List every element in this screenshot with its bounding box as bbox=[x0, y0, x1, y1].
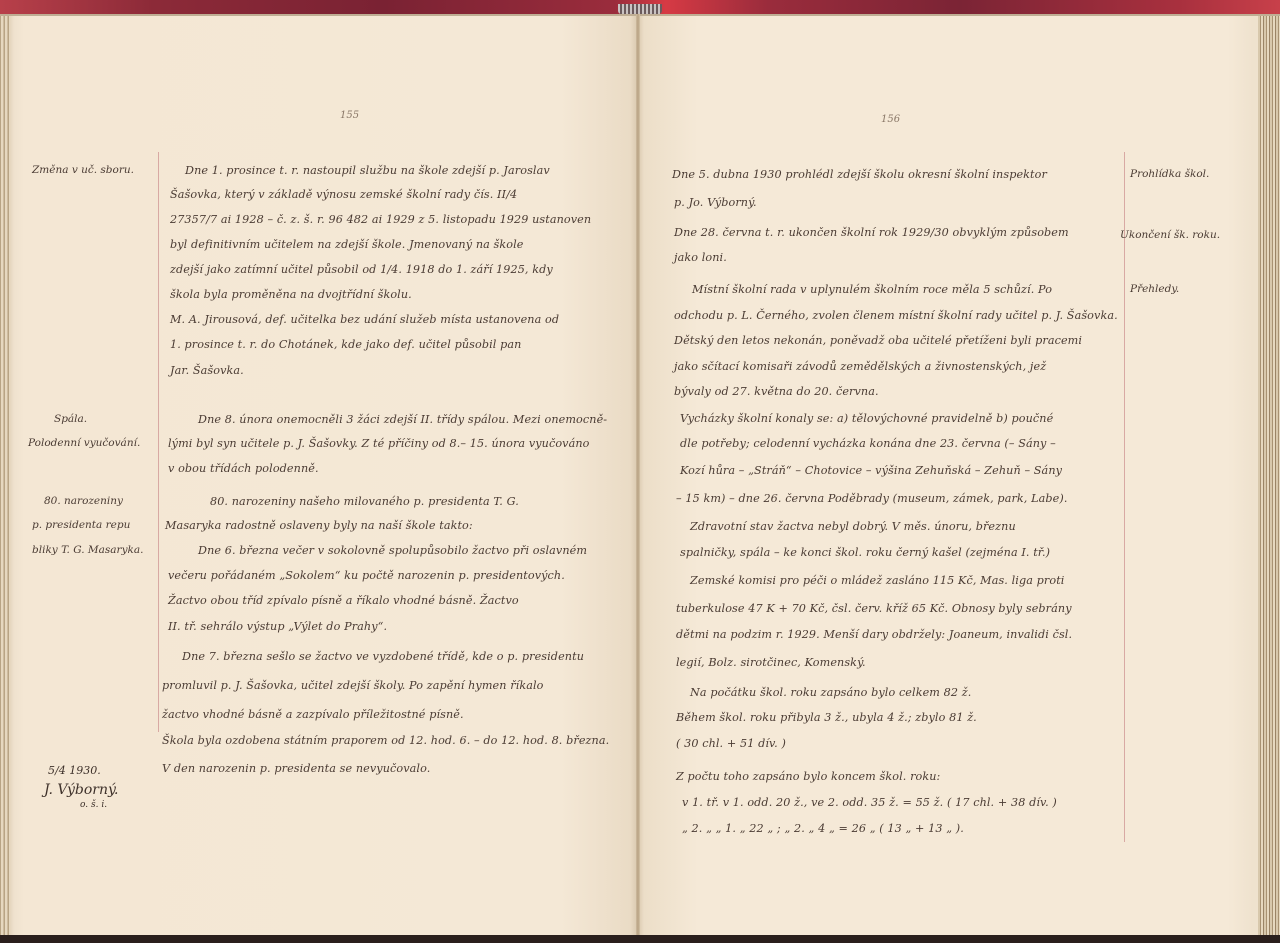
left-line: V den narozenin p. presidenta se nevyučo… bbox=[162, 762, 430, 775]
left-page-edges bbox=[0, 16, 10, 936]
right-line: Kozí hůra – „Stráň“ – Chotovice – výšina… bbox=[680, 464, 1062, 477]
left-line: Masaryka radostně oslaveny byly na naší … bbox=[165, 519, 473, 532]
right-line: Během škol. roku přibyla 3 ž., ubyla 4 ž… bbox=[676, 711, 977, 724]
book-gutter bbox=[636, 14, 640, 936]
right-line: spalničky, spála – ke konci škol. roku č… bbox=[680, 546, 1050, 559]
right-line: jako sčítací komisaři závodů zemědělskýc… bbox=[674, 360, 1046, 373]
left-line: lými byl syn učitele p. J. Šašovky. Z té… bbox=[168, 437, 590, 450]
right-line: tuberkulose 47 K + 70 Kč, čsl. červ. kří… bbox=[676, 602, 1072, 615]
right-line: Dne 5. dubna 1930 prohlédl zdejší školu … bbox=[672, 168, 1047, 181]
right-line: v 1. tř. v 1. odd. 20 ž., ve 2. odd. 35 … bbox=[682, 796, 1057, 809]
left-line: v obou třídách polodenně. bbox=[168, 462, 319, 475]
left-line: Škola byla ozdobena státním praporem od … bbox=[162, 734, 609, 747]
left-line: Dne 7. března sešlo se žactvo ve vyzdobe… bbox=[182, 650, 584, 663]
margin-note-school-inspection: Prohlídka škol. bbox=[1130, 168, 1209, 180]
right-line: Zdravotní stav žactva nebyl dobrý. V měs… bbox=[690, 520, 1016, 533]
right-line: jako loni. bbox=[674, 251, 727, 264]
right-line: „ 2. „ „ 1. „ 22 „ ; „ 2. „ 4 „ = 26 „ (… bbox=[682, 822, 964, 835]
left-line: žactvo vhodné básně a zazpívalo příležit… bbox=[162, 708, 464, 721]
margin-note-overviews: Přehledy. bbox=[1130, 283, 1179, 295]
left-line: Dne 1. prosince t. r. nastoupil službu n… bbox=[185, 164, 550, 177]
right-line: p. Jo. Výborný. bbox=[674, 196, 757, 209]
right-line: Místní školní rada v uplynulém školním r… bbox=[692, 283, 1052, 296]
left-line: byl definitivním učitelem na zdejší škol… bbox=[170, 238, 524, 251]
signature-title: o. š. i. bbox=[80, 800, 107, 810]
left-line: II. tř. sehrálo výstup „Výlet do Prahy“. bbox=[168, 620, 387, 633]
right-line: Dětský den letos nekonán, poněvadž oba u… bbox=[674, 334, 1082, 347]
margin-note-80th-birthday: 80. narozeniny bbox=[44, 495, 123, 507]
right-line: ( 30 chl. + 51 dív. ) bbox=[676, 737, 786, 750]
left-line: Žactvo obou tříd zpívalo písně a říkalo … bbox=[168, 594, 519, 607]
right-line: dle potřeby; celodenní vycházka konána d… bbox=[680, 437, 1056, 450]
right-margin-rule bbox=[1124, 152, 1125, 842]
signature-name: J. Výborný. bbox=[44, 782, 118, 798]
right-page-number: 156 bbox=[881, 114, 900, 125]
left-line: 80. narozeniny našeho milovaného p. pres… bbox=[210, 495, 519, 508]
book-cover-bottom bbox=[0, 935, 1280, 943]
margin-note-scarlet-fever: Spála. bbox=[54, 413, 87, 425]
left-line: Dne 8. února onemocněli 3 žáci zdejší II… bbox=[198, 413, 607, 426]
left-line: škola byla proměněna na dvojtřídní školu… bbox=[170, 288, 412, 301]
right-line: Zemské komisi pro péči o mládež zasláno … bbox=[690, 574, 1064, 587]
right-page-edges bbox=[1258, 16, 1280, 936]
right-line: legií, Bolz. sirotčinec, Komenský. bbox=[676, 656, 866, 669]
left-line: Dne 6. března večer v sokolovně spolupůs… bbox=[198, 544, 587, 557]
margin-note-school-year-end: Ukončení šk. roku. bbox=[1120, 229, 1220, 241]
left-line: Jar. Šašovka. bbox=[170, 364, 244, 377]
left-line: M. A. Jirousová, def. učitelka bez udání… bbox=[170, 313, 559, 326]
signature-date: 5/4 1930. bbox=[48, 764, 101, 777]
margin-note-staff-change: Změna v uč. sboru. bbox=[32, 164, 134, 176]
margin-note-president: p. presidenta repu bbox=[32, 519, 130, 531]
left-line: zdejší jako zatímní učitel působil od 1/… bbox=[170, 263, 553, 276]
right-line: Na počátku škol. roku zapsáno bylo celke… bbox=[690, 686, 971, 699]
left-line: 27357/7 ai 1928 – č. z. š. r. 96 482 ai … bbox=[170, 213, 591, 226]
left-line: 1. prosince t. r. do Chotánek, kde jako … bbox=[170, 338, 521, 351]
right-line: – 15 km) – dne 26. června Poděbrady (mus… bbox=[676, 492, 1068, 505]
right-line: dětmi na podzim r. 1929. Menší dary obdr… bbox=[676, 628, 1072, 641]
right-line: Dne 28. června t. r. ukončen školní rok … bbox=[674, 226, 1069, 239]
right-line: bývaly od 27. května do 20. června. bbox=[674, 385, 879, 398]
left-page-number: 155 bbox=[340, 110, 359, 121]
left-line: večeru pořádaném „Sokolem“ ku počtě naro… bbox=[168, 569, 565, 582]
left-line: promluvil p. J. Šašovka, učitel zdejší š… bbox=[162, 679, 544, 692]
left-line: Šašovka, který v základě výnosu zemské š… bbox=[170, 188, 517, 201]
margin-note-masaryk: bliky T. G. Masaryka. bbox=[32, 544, 143, 556]
right-line: Z počtu toho zapsáno bylo koncem škol. r… bbox=[676, 770, 940, 783]
right-line: odchodu p. L. Černého, zvolen členem mís… bbox=[674, 309, 1118, 322]
left-margin-rule bbox=[158, 152, 159, 732]
margin-note-half-day-teaching: Polodenní vyučování. bbox=[28, 437, 140, 449]
right-line: Vycházky školní konaly se: a) tělovýchov… bbox=[680, 412, 1053, 425]
